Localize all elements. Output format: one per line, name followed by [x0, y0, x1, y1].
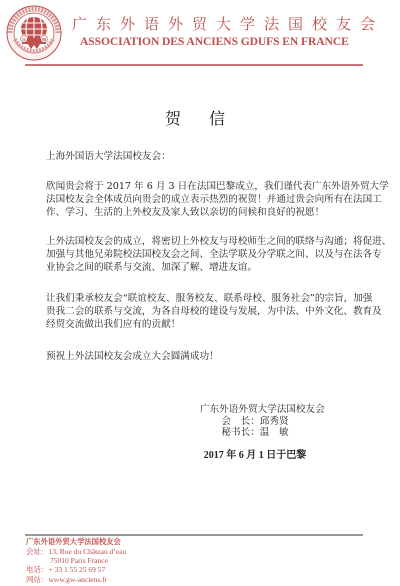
signature-secretary: 秘书长：温 敏	[200, 427, 310, 439]
paragraph-line: 上外法国校友会的成立，将密切上外校友与母校师生之间的联络与沟通；将促进、	[46, 235, 364, 248]
letter-paragraph-3: 让我们秉承校友会“联谊校友、服务校友、联系母校、服务社会”的宗旨，加强 贵我二会…	[46, 292, 364, 331]
footer-organization: 广东外语外贸大学法国校友会	[26, 537, 121, 546]
signature-date: 2017 年 6 月 1 日于巴黎	[200, 450, 310, 462]
association-name-chinese: 广东外语外贸大学法国校友会	[72, 15, 384, 33]
footer-address-line2: 75010 Paris France	[50, 556, 108, 565]
footer-address-label: 会址：	[26, 547, 49, 556]
footer-phone-label: 电话：	[26, 565, 49, 574]
footer-phone: 电话：+ 33 1 55 25 69 57	[26, 565, 105, 574]
signature-organization: 广东外语外贸大学法国校友会	[200, 404, 310, 416]
svg-text:G: G	[22, 37, 26, 42]
paragraph-line: 预祝上外法国校友会成立大会圆满成功！	[46, 350, 364, 363]
paragraph-line: 作、学习、生活的上外校友及家人致以亲切的问候和良好的祝愿！	[46, 206, 364, 219]
paragraph-line: 贵我二会的联系与交流，为各自母校的建设与发展，为中法、中外文化、教育及	[46, 305, 364, 318]
paragraph-line: 加强与其他兄弟院校法国校友会之间、全法学联及分学联之间、以及与在法各专	[46, 248, 364, 261]
letter-title: 贺信	[0, 109, 390, 129]
footer-website-label: 网站：	[26, 575, 49, 584]
paragraph-line: 欣闻贵会将于 2017 年 6 月 3 日在法国巴黎成立，我们谨代表广东外语外贸…	[46, 180, 364, 193]
header-divider	[25, 64, 363, 66]
globe-logo-icon: G W	[6, 5, 62, 61]
footer-divider	[25, 534, 363, 536]
footer-phone-number: + 33 1 55 25 69 57	[49, 565, 106, 574]
footer-address-line1: 13, Rue du Château d’eau	[49, 547, 127, 556]
letter-salutation: 上海外国语大学法国校友会：	[46, 150, 364, 163]
footer-website: 网站：www.gw-anciens.fr	[26, 575, 107, 584]
paragraph-line: 让我们秉承校友会“联谊校友、服务校友、联系母校、服务社会”的宗旨，加强	[46, 292, 364, 305]
association-name-french: ASSOCIATION DES ANCIENS GDUFS EN FRANCE	[80, 35, 349, 48]
footer-website-link[interactable]: www.gw-anciens.fr	[49, 575, 108, 584]
association-logo: G W	[6, 5, 62, 61]
letter-paragraph-4: 预祝上外法国校友会成立大会圆满成功！	[46, 350, 364, 363]
signature-president: 会 长：邱秀贤	[200, 416, 310, 428]
footer-address-line2-row: 75010 Paris France	[26, 556, 108, 565]
paragraph-line: 法国校友会全体成员向贵会的成立表示热烈的祝贺！并通过贵会向所有在法国工	[46, 193, 364, 206]
footer-address: 会址：13, Rue du Château d’eau	[26, 547, 126, 556]
letter-paragraph-2: 上外法国校友会的成立，将密切上外校友与母校师生之间的联络与沟通；将促进、 加强与…	[46, 235, 364, 274]
paragraph-line: 经贸交流做出我们应有的贡献！	[46, 318, 364, 331]
letter-title-char-1: 贺	[165, 109, 181, 129]
letter-paragraph-1: 欣闻贵会将于 2017 年 6 月 3 日在法国巴黎成立，我们谨代表广东外语外贸…	[46, 180, 364, 219]
letter-title-char-2: 信	[209, 109, 225, 129]
paragraph-line: 业协会之间的联系与交流、加深了解、增进友谊。	[46, 261, 364, 274]
